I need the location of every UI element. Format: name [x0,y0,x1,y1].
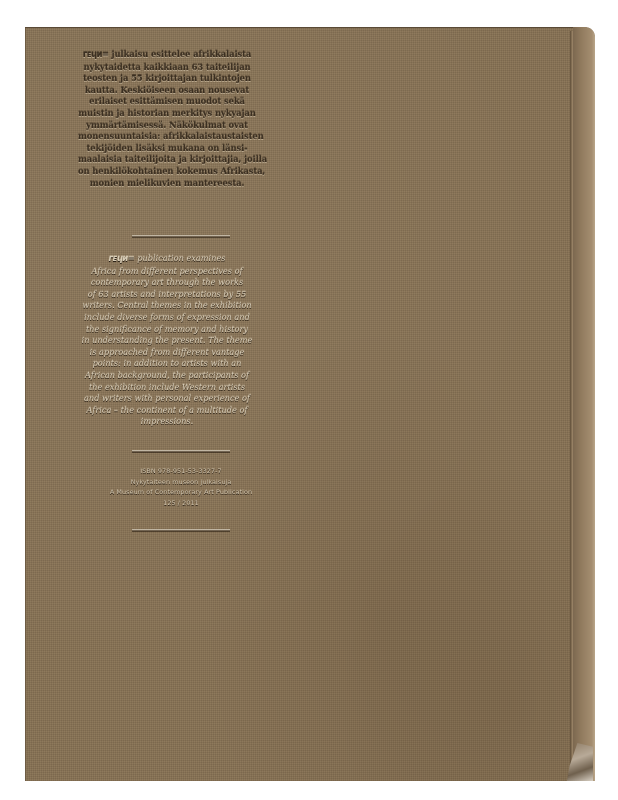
english-description: ᴦᴇɥᴎ=publication examines Africa from di… [78,253,256,428]
divider-rule [132,450,230,452]
spine-edge [573,27,595,781]
finnish-description: ᴦᴇɥᴎ=julkaisu esittelee afrikkalaista ny… [78,49,256,189]
colophon: ISBN 978-951-53-3327-7 Nykytaiteen museo… [100,466,262,508]
publisher-logo-icon: ᴦᴇɥᴎ= [83,50,109,60]
series-finnish: Nykytaiteen museon julkaisuja [100,477,262,488]
isbn: ISBN 978-951-53-3327-7 [100,466,262,477]
divider-rule [132,235,230,237]
divider-rule [132,529,230,531]
series-english: A Museum of Contemporary Art Publication [100,487,262,498]
publisher-logo-icon: ᴦᴇɥᴎ= [108,254,134,264]
series-number: 125 / 2011 [100,498,262,509]
